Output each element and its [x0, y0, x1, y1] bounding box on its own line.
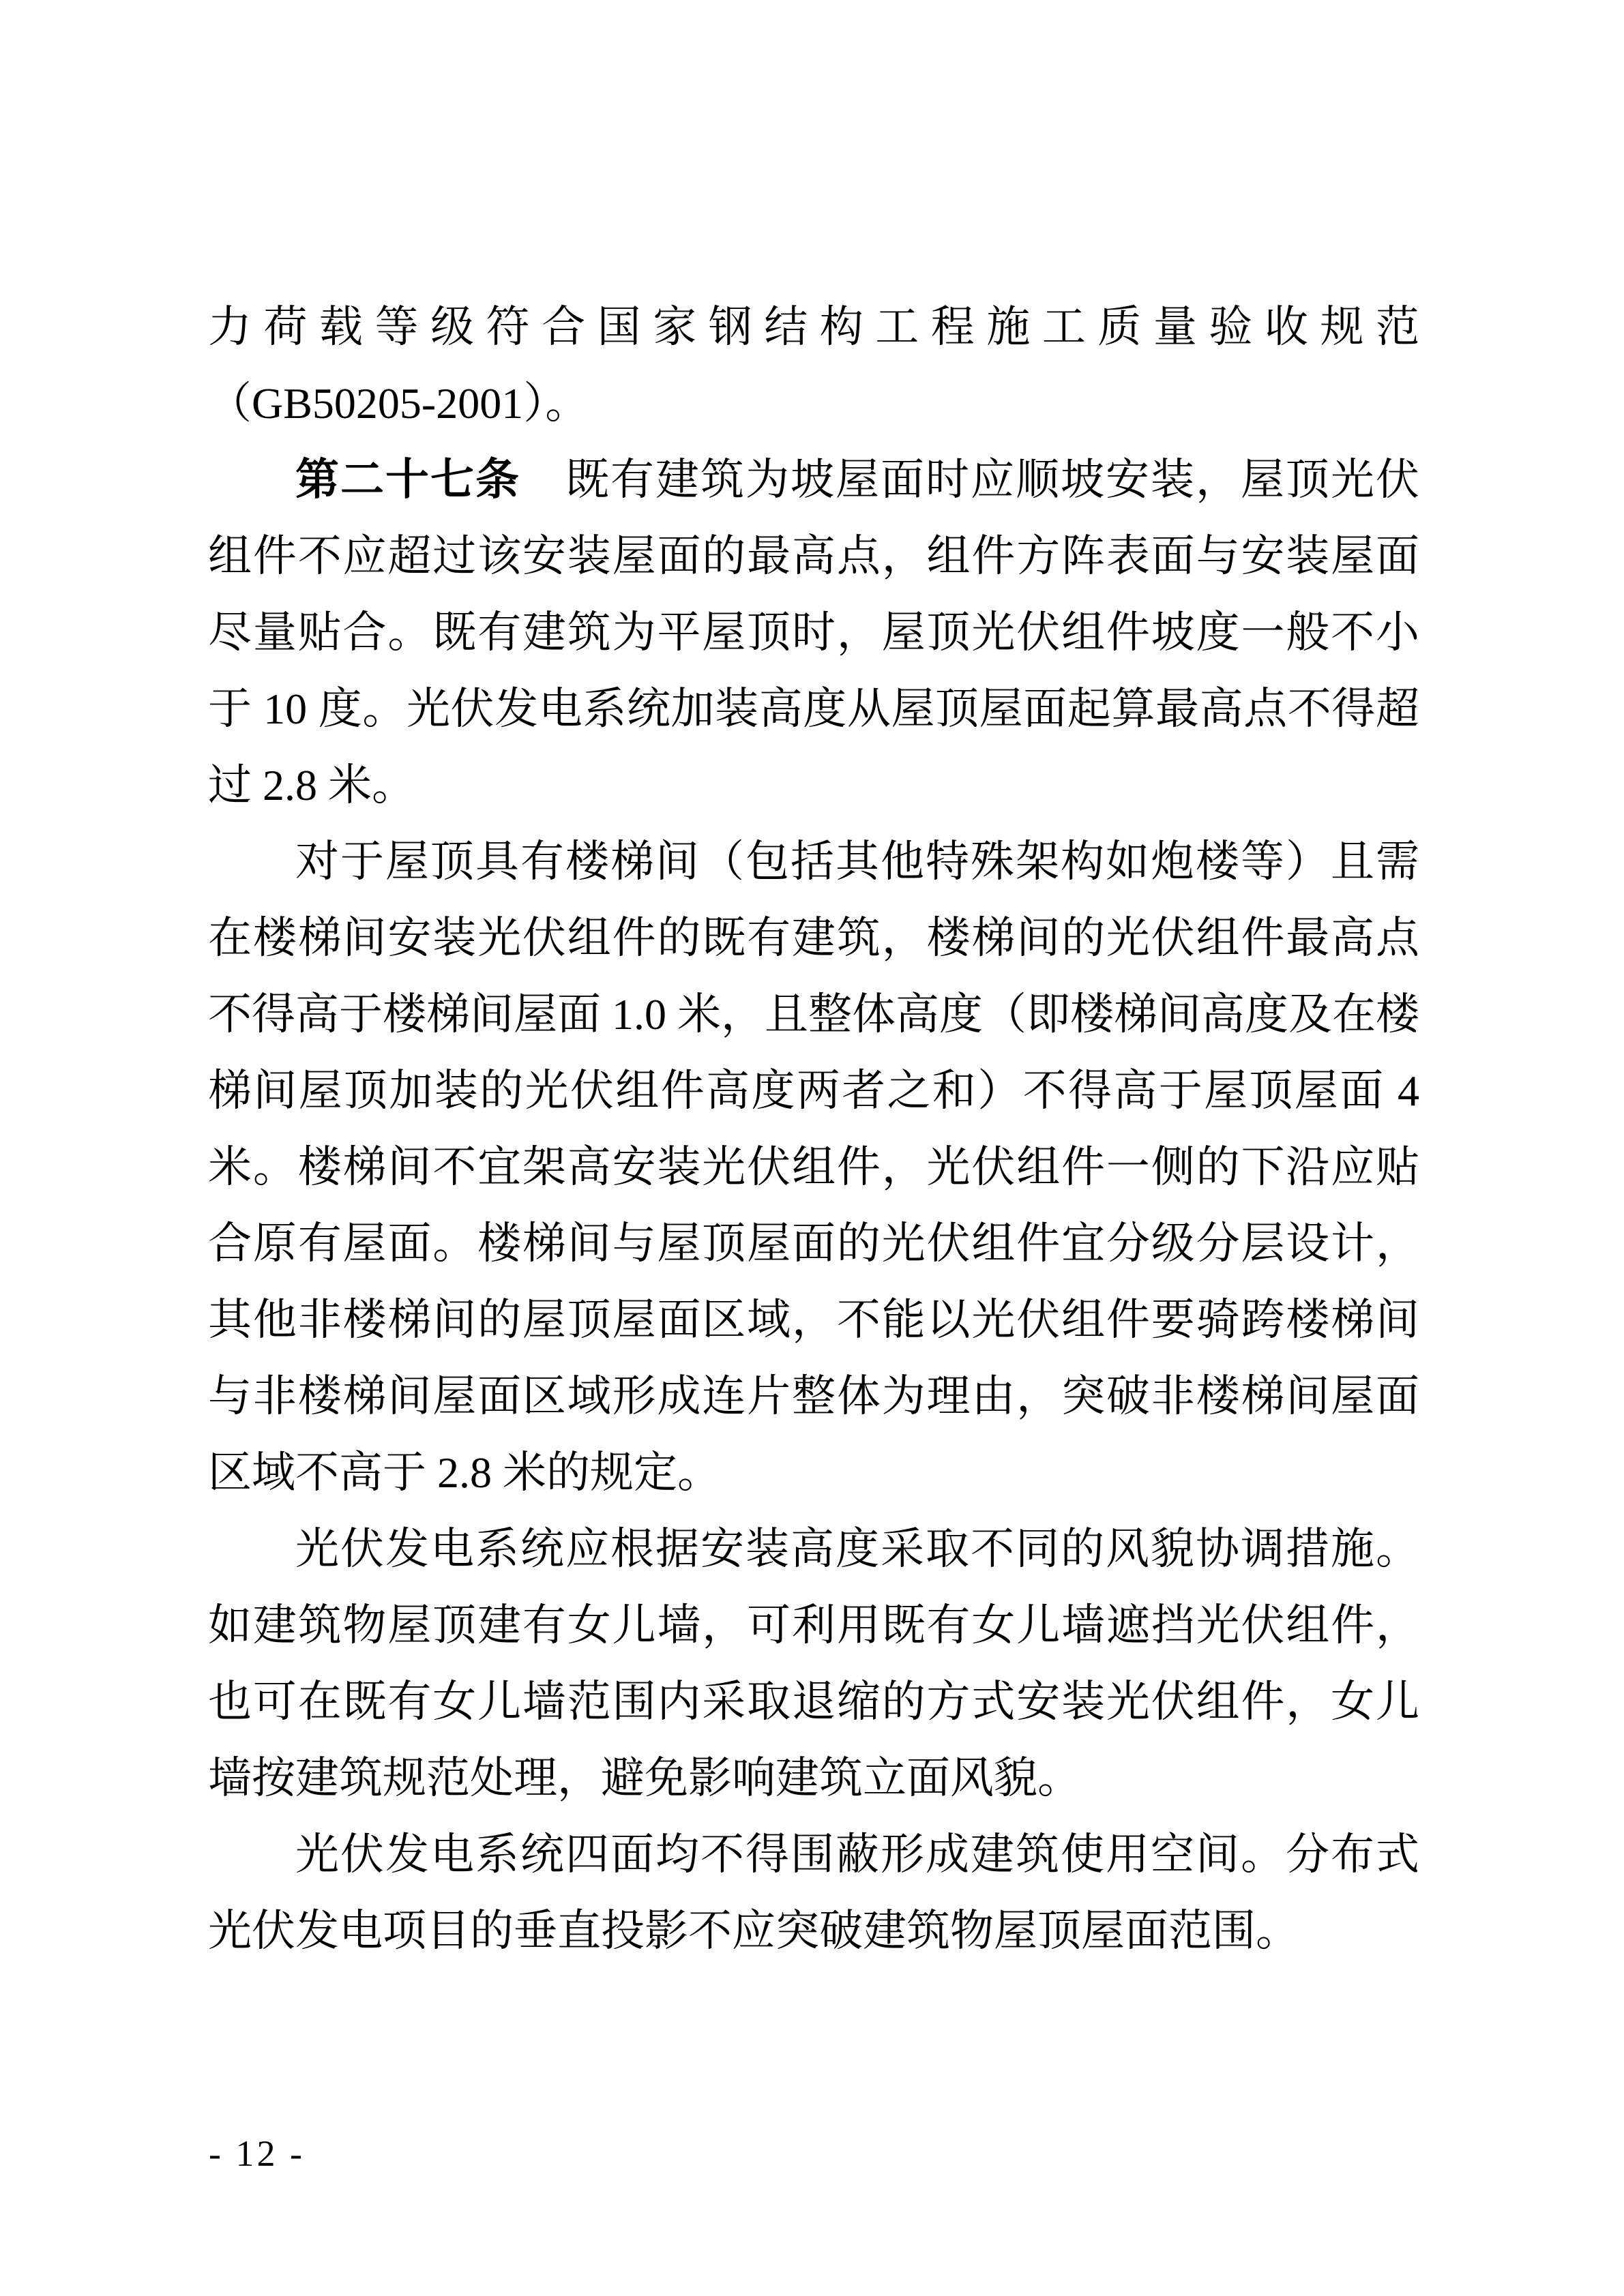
text-line: （GB50205-2001）。	[208, 366, 1419, 442]
document-page: 力荷载等级符合国家钢结构工程施工质量验收规范 （GB50205-2001）。 第…	[0, 0, 1624, 2296]
text-line: 过 2.8 米。	[208, 747, 1419, 824]
text-line: 对于屋顶具有楼梯间（包括其他特殊架构如炮楼等）且需	[208, 824, 1419, 900]
text-line: 第二十七条 既有建筑为坡屋面时应顺坡安装，屋顶光伏	[208, 442, 1419, 518]
text-line: 光伏发电系统应根据安装高度采取不同的风貌协调措施。	[208, 1511, 1419, 1587]
text-line: 米。楼梯间不宜架高安装光伏组件，光伏组件一侧的下沿应贴	[208, 1129, 1419, 1206]
text-line: 光伏发电项目的垂直投影不应突破建筑物屋顶屋面范围。	[208, 1893, 1419, 1969]
text-line: 区域不高于 2.8 米的规定。	[208, 1435, 1419, 1511]
text-line: 光伏发电系统四面均不得围蔽形成建筑使用空间。分布式	[208, 1817, 1419, 1893]
text-block: 力荷载等级符合国家钢结构工程施工质量验收规范 （GB50205-2001）。 第…	[208, 289, 1419, 1969]
page-number: - 12 -	[209, 2132, 305, 2175]
text-line: 合原有屋面。楼梯间与屋顶屋面的光伏组件宜分级分层设计，	[208, 1206, 1419, 1282]
text-line: 墙按建筑规范处理，避免影响建筑立面风貌。	[208, 1740, 1419, 1817]
text-line: 梯间屋顶加装的光伏组件高度两者之和）不得高于屋顶屋面 4	[208, 1053, 1419, 1129]
text-line: 与非楼梯间屋面区域形成连片整体为理由，突破非楼梯间屋面	[208, 1358, 1419, 1435]
text-line: 在楼梯间安装光伏组件的既有建筑，楼梯间的光伏组件最高点	[208, 900, 1419, 976]
text-line: 尽量贴合。既有建筑为平屋顶时，屋顶光伏组件坡度一般不小	[208, 595, 1419, 671]
text-line: 如建筑物屋顶建有女儿墙，可利用既有女儿墙遮挡光伏组件，	[208, 1587, 1419, 1664]
text-line: 也可在既有女儿墙范围内采取退缩的方式安装光伏组件，女儿	[208, 1664, 1419, 1740]
article-text: 既有建筑为坡屋面时应顺坡安装，屋顶光伏	[520, 456, 1419, 504]
text-line: 于 10 度。光伏发电系统加装高度从屋顶屋面起算最高点不得超	[208, 671, 1419, 747]
text-line: 组件不应超过该安装屋面的最高点，组件方阵表面与安装屋面	[208, 518, 1419, 595]
article-number: 第二十七条	[295, 456, 520, 504]
text-line: 力荷载等级符合国家钢结构工程施工质量验收规范	[208, 289, 1419, 366]
text-line: 其他非楼梯间的屋顶屋面区域，不能以光伏组件要骑跨楼梯间	[208, 1282, 1419, 1358]
text-line: 不得高于楼梯间屋面 1.0 米，且整体高度（即楼梯间高度及在楼	[208, 976, 1419, 1053]
